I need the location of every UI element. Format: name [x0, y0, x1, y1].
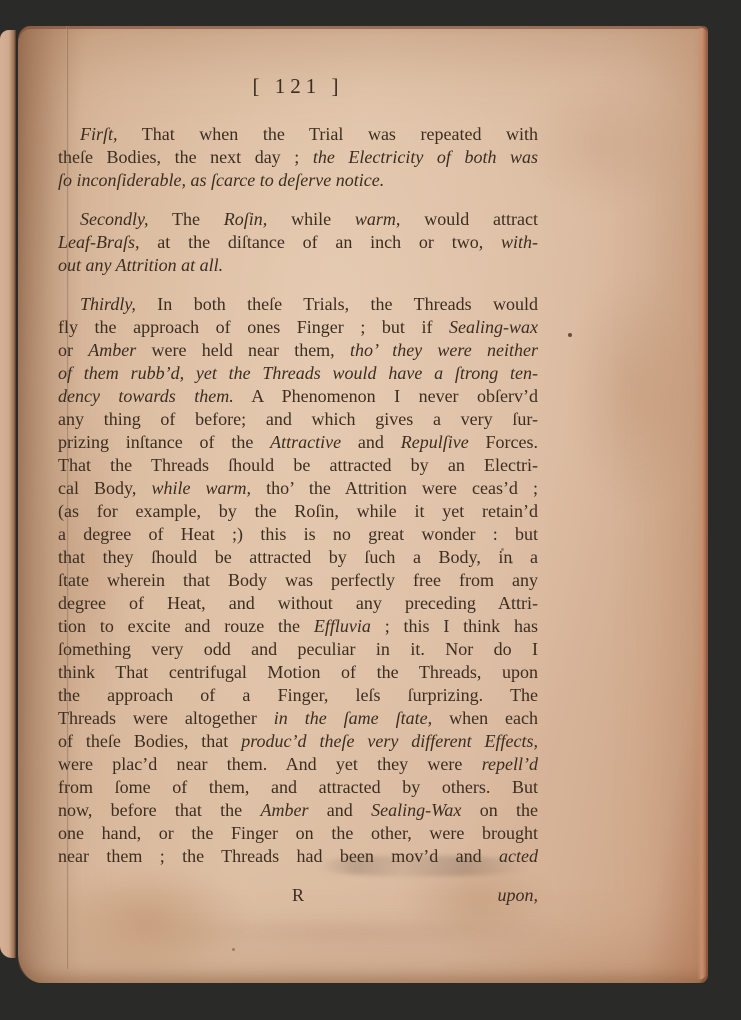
text-line: Threads were altogether in the ſame ſtat…	[58, 707, 538, 730]
text-line: or Amber were held near them, tho’ they …	[58, 339, 538, 362]
text-line: ſtate wherein that Body was perfectly fr…	[58, 569, 538, 592]
text-line: any thing of before; and which gives a v…	[58, 408, 538, 431]
text-line: think That centrifugal Motion of the Thr…	[58, 661, 538, 684]
text-line: fly the approach of ones Finger ; but if…	[58, 316, 538, 339]
text-line: the approach of a Finger, leſs ſurprizin…	[58, 684, 538, 707]
facing-page-edge	[0, 30, 16, 958]
catchword: upon,	[498, 884, 539, 907]
text-line: degree of Heat, and without any precedin…	[58, 592, 538, 615]
text-line: near them ; the Threads had been mov’d a…	[58, 845, 538, 868]
text-line: ſomething very odd and peculiar in it. N…	[58, 638, 538, 661]
book-scan: [ 121 ] Firſt, That when the Trial was r…	[0, 0, 741, 1020]
signature-mark: R	[58, 884, 538, 907]
signature-line: R upon,	[58, 884, 538, 907]
text-line: from ſome of them, and attracted by othe…	[58, 776, 538, 799]
text-line: cal Body, while warm, tho’ the Attrition…	[58, 477, 538, 500]
text-line: Firſt, That when the Trial was repeated …	[58, 123, 538, 146]
text-line: (as for example, by the Roſin, while it …	[58, 500, 538, 523]
text-line: dency towards them. A Phenomenon I never…	[58, 385, 538, 408]
text-block: [ 121 ] Firſt, That when the Trial was r…	[58, 71, 538, 907]
page-number-header: [ 121 ]	[58, 71, 538, 101]
book-page: [ 121 ] Firſt, That when the Trial was r…	[18, 26, 708, 983]
text-line: out any Attrition at all.	[58, 254, 538, 277]
paragraph: Thirdly, In both theſe Trials, the Threa…	[58, 293, 538, 868]
text-line: prizing inſtance of the Attractive and R…	[58, 431, 538, 454]
paper-stain	[138, 919, 568, 945]
text-line: were plac’d near them. And yet they were…	[58, 753, 538, 776]
text-line: ſo inconſiderable, as ſcarce to deſerve …	[58, 169, 538, 192]
paragraph: Firſt, That when the Trial was repeated …	[58, 123, 538, 192]
ink-speck	[568, 333, 572, 337]
paper-stain	[523, 78, 683, 208]
text-line: now, before that the Amber and Sealing-W…	[58, 799, 538, 822]
text-line: of them rubb’d, yet the Threads would ha…	[58, 362, 538, 385]
text-line: Leaf-Braſs, at the diſtance of an inch o…	[58, 231, 538, 254]
text-line: of theſe Bodies, that produc’d theſe ver…	[58, 730, 538, 753]
body-text: Firſt, That when the Trial was repeated …	[58, 123, 538, 868]
text-line: Thirdly, In both theſe Trials, the Threa…	[58, 293, 538, 316]
paragraph: Secondly, The Roſin, while warm, would a…	[58, 208, 538, 277]
paper-stain	[574, 276, 692, 506]
text-line: a degree of Heat ;) this is no great won…	[58, 523, 538, 546]
ink-speck	[232, 948, 235, 951]
text-line: Secondly, The Roſin, while warm, would a…	[58, 208, 538, 231]
text-line: one hand, or the Finger on the other, we…	[58, 822, 538, 845]
text-line: tion to excite and rouze the Effluvia ; …	[58, 615, 538, 638]
text-line: that they ſhould be attracted by ſuch a …	[58, 546, 538, 569]
text-line: theſe Bodies, the next day ; the Electri…	[58, 146, 538, 169]
text-line: That the Threads ſhould be attracted by …	[58, 454, 538, 477]
page-fore-edge	[697, 28, 706, 979]
